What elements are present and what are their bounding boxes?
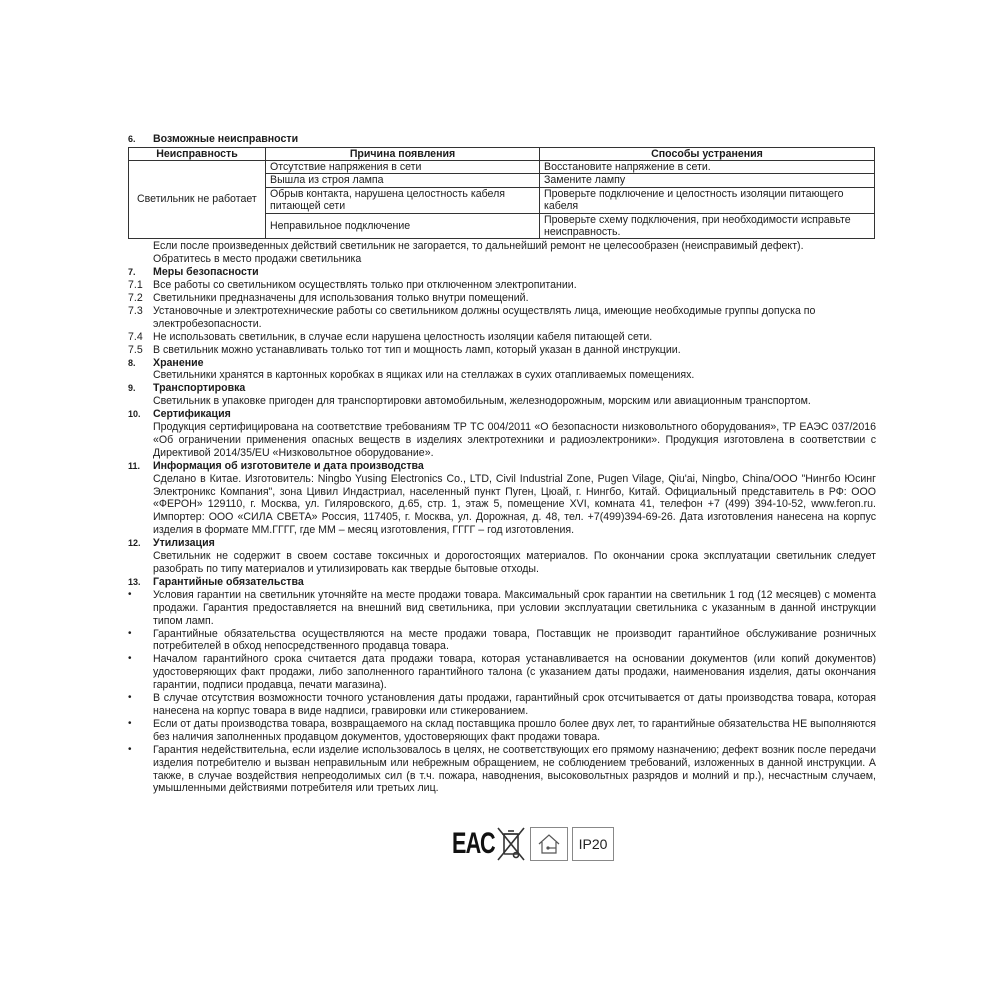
section-number: 12. xyxy=(128,537,153,550)
fix-cell: Проверьте схему подключения, при необход… xyxy=(540,213,875,239)
item-text: Установочные и электротехнические работы… xyxy=(153,305,876,331)
bullet-icon: • xyxy=(128,718,153,744)
section-number: 11. xyxy=(128,460,153,473)
item-text: В случае отсутствия возможности точного … xyxy=(153,692,876,718)
column-header: Причина появления xyxy=(266,147,540,160)
section-transport-heading: 9. Транспортировка xyxy=(128,382,876,395)
section-title: Сертификация xyxy=(153,408,231,421)
section-number: 9. xyxy=(128,382,153,395)
cause-cell: Обрыв контакта, нарушена целостность каб… xyxy=(266,187,540,213)
fault-cell: Светильник не работает xyxy=(129,160,266,238)
cause-cell: Неправильное подключение xyxy=(266,213,540,239)
item-number: 7.5 xyxy=(128,344,153,357)
cause-cell: Отсутствие напряжения в сети xyxy=(266,160,540,173)
warranty-item: • Началом гарантийного срока считается д… xyxy=(153,653,876,692)
item-text: Гарантия недействительна, если изделие и… xyxy=(153,744,876,796)
transport-text: Светильник в упаковке пригоден для транс… xyxy=(128,395,876,408)
section-disposal-heading: 12. Утилизация xyxy=(128,537,876,550)
fix-cell: Восстановите напряжение в сети. xyxy=(540,160,875,173)
section-title: Информация об изготовителе и дата произв… xyxy=(153,460,424,473)
section-number: 7. xyxy=(128,266,153,279)
safety-item: 7.5 В светильник можно устанавливать тол… xyxy=(153,344,876,357)
bullet-icon: • xyxy=(128,653,153,692)
safety-item: 7.4 Не использовать светильник, в случае… xyxy=(153,331,876,344)
safety-item: 7.1 Все работы со светильником осуществл… xyxy=(153,279,876,292)
section-manufacturer-heading: 11. Информация об изготовителе и дата пр… xyxy=(128,460,876,473)
item-number: 7.3 xyxy=(128,305,153,331)
faults-note: Если после произведенных действий светил… xyxy=(128,240,876,266)
note-line: Если после произведенных действий светил… xyxy=(153,240,876,253)
certification-text: Продукция сертифицирована на соответстви… xyxy=(128,421,876,460)
column-header: Неисправность xyxy=(129,147,266,160)
section-warranty-heading: 13. Гарантийные обязательства xyxy=(128,576,876,589)
warranty-item: • В случае отсутствия возможности точног… xyxy=(153,692,876,718)
item-text: Светильники предназначены для использова… xyxy=(153,292,876,305)
item-text: Гарантийные обязательства осуществляются… xyxy=(153,628,876,654)
section-storage-heading: 8. Хранение xyxy=(128,357,876,370)
manufacturer-text: Сделано в Китае. Изготовитель: Ningbo Yu… xyxy=(128,473,876,538)
bullet-icon: • xyxy=(128,628,153,654)
item-number: 7.1 xyxy=(128,279,153,292)
column-header: Способы устранения xyxy=(540,147,875,160)
cause-cell: Вышла из строя лампа xyxy=(266,174,540,187)
section-title: Возможные неисправности xyxy=(153,133,298,146)
item-text: Не использовать светильник, в случае есл… xyxy=(153,331,876,344)
instruction-document: 6. Возможные неисправности Неисправность… xyxy=(128,133,876,795)
warranty-item: • Гарантия недействительна, если изделие… xyxy=(153,744,876,796)
storage-text: Светильники хранятся в картонных коробка… xyxy=(128,369,876,382)
eac-mark-icon: ЕАС xyxy=(452,826,481,862)
fix-cell: Замените лампу xyxy=(540,174,875,187)
table-row: Светильник не работает Отсутствие напряж… xyxy=(129,160,875,173)
disposal-text: Светильник не содержит в своем составе т… xyxy=(128,550,876,576)
warranty-item: • Гарантийные обязательства осуществляют… xyxy=(153,628,876,654)
section-number: 6. xyxy=(128,133,153,146)
item-number: 7.2 xyxy=(128,292,153,305)
crossed-bin-icon xyxy=(496,826,526,862)
faults-table: Неисправность Причина появления Способы … xyxy=(128,147,875,239)
fix-cell: Проверьте подключение и целостность изол… xyxy=(540,187,875,213)
item-text: Все работы со светильником осуществлять … xyxy=(153,279,876,292)
bullet-icon: • xyxy=(128,692,153,718)
item-text: Началом гарантийного срока считается дат… xyxy=(153,653,876,692)
indoor-use-house-icon xyxy=(530,827,568,861)
section-safety-heading: 7. Меры безопасности xyxy=(128,266,876,279)
certification-marks: ЕАС IP20 xyxy=(452,826,614,862)
safety-item: 7.2 Светильники предназначены для исполь… xyxy=(153,292,876,305)
section-number: 8. xyxy=(128,357,153,370)
item-number: 7.4 xyxy=(128,331,153,344)
section-certification-heading: 10. Сертификация xyxy=(128,408,876,421)
section-number: 13. xyxy=(128,576,153,589)
item-text: Условия гарантии на светильник уточняйте… xyxy=(153,589,876,628)
note-line: Обратитесь в место продажи светильника xyxy=(153,253,876,266)
section-title: Транспортировка xyxy=(153,382,245,395)
item-text: Если от даты производства товара, возвра… xyxy=(153,718,876,744)
bullet-icon: • xyxy=(128,589,153,628)
bullet-icon: • xyxy=(128,744,153,796)
section-title: Гарантийные обязательства xyxy=(153,576,304,589)
warranty-item: • Условия гарантии на светильник уточняй… xyxy=(153,589,876,628)
ip-rating-icon: IP20 xyxy=(572,827,614,861)
section-faults-heading: 6. Возможные неисправности xyxy=(128,133,876,146)
warranty-item: • Если от даты производства товара, возв… xyxy=(153,718,876,744)
safety-item: 7.3 Установочные и электротехнические ра… xyxy=(153,305,876,331)
safety-list: 7.1 Все работы со светильником осуществл… xyxy=(128,279,876,356)
warranty-list: • Условия гарантии на светильник уточняй… xyxy=(128,589,876,796)
section-title: Меры безопасности xyxy=(153,266,259,279)
table-header-row: Неисправность Причина появления Способы … xyxy=(129,147,875,160)
section-title: Утилизация xyxy=(153,537,215,550)
section-title: Хранение xyxy=(153,357,204,370)
section-number: 10. xyxy=(128,408,153,421)
item-text: В светильник можно устанавливать только … xyxy=(153,344,876,357)
